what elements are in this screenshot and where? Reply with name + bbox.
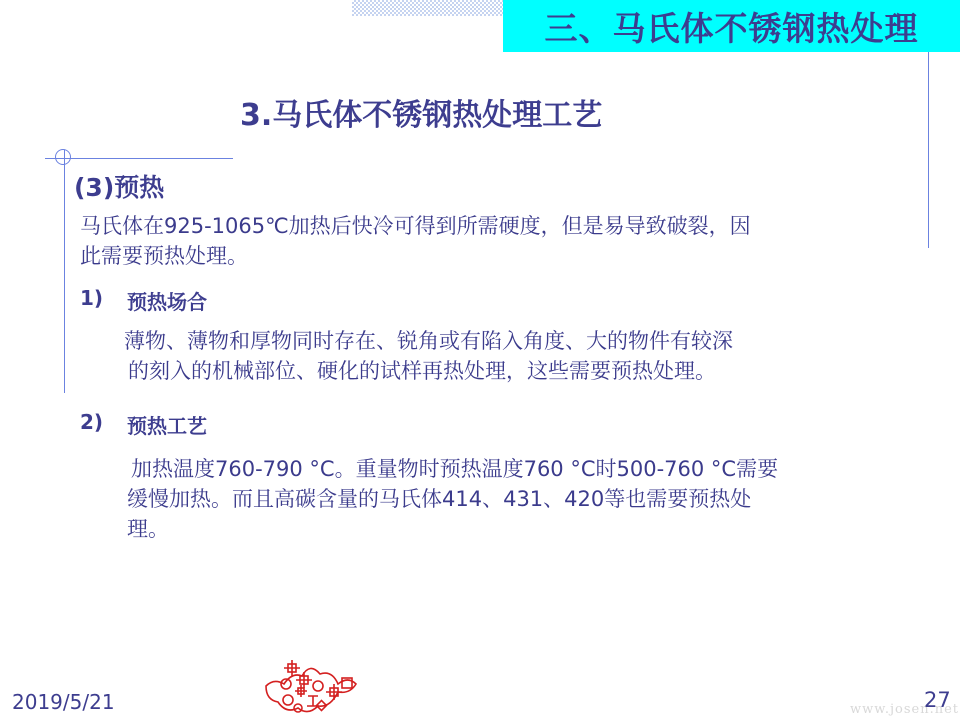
left-vertical-divider xyxy=(64,150,65,393)
header-banner: 三、马氏体不锈钢热处理 xyxy=(503,0,960,52)
footer-date: 2019/5/21 xyxy=(12,690,115,714)
item-1-body-line-1: 薄物、薄物和厚物同时存在、锐角或有陷入角度、大的物件有较深 xyxy=(124,326,733,356)
item-2-title: 预热工艺 xyxy=(127,410,207,439)
item-2-body-line-2: 缓慢加热。而且高碳含量的马氏体414、431、420等也需要预热处 xyxy=(127,484,778,514)
intro-line-2: 此需要预热处理。 xyxy=(80,241,930,271)
header-title: 三、马氏体不锈钢热处理 xyxy=(545,3,919,50)
section-horizontal-rule xyxy=(45,158,233,159)
page-number: 27 xyxy=(924,688,951,712)
item-2-number: 2) xyxy=(80,410,103,434)
decorative-emblem-icon xyxy=(262,654,358,716)
item-1-body: 薄物、薄物和厚物同时存在、锐角或有陷入角度、大的物件有较深 的刻入的机械部位、硬… xyxy=(124,326,733,386)
section-intro: 马氏体在925-1065℃加热后快冷可得到所需硬度，但是易导致破裂，因 此需要预… xyxy=(80,211,930,271)
section-heading: (3)预热 xyxy=(74,168,164,204)
item-2-body: 加热温度760-790 °C。重量物时预热温度760 °C时500-760 °C… xyxy=(127,454,778,544)
item-2-body-line-3: 理。 xyxy=(127,514,778,544)
item-1-body-line-2: 的刻入的机械部位、硬化的试样再热处理，这些需要预热处理。 xyxy=(124,356,733,386)
intro-line-1: 马氏体在925-1065℃加热后快冷可得到所需硬度，但是易导致破裂，因 xyxy=(80,211,930,241)
item-1-number: 1) xyxy=(80,286,103,310)
decorative-pattern-strip xyxy=(352,0,504,16)
slide-subtitle: 3.马氏体不锈钢热处理工艺 xyxy=(240,90,602,134)
item-1-title: 预热场合 xyxy=(127,286,207,315)
crosshair-circle-icon xyxy=(55,149,71,165)
item-2-body-line-1: 加热温度760-790 °C。重量物时预热温度760 °C时500-760 °C… xyxy=(127,454,778,484)
